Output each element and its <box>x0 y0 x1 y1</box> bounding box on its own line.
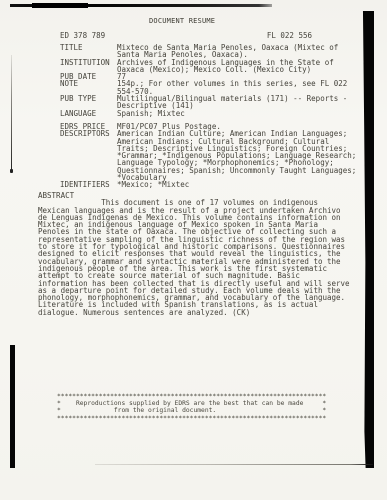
field-value: Multilingual/Bilingual materials (171) -… <box>117 95 362 110</box>
scan-artifact-top-line-thick <box>32 3 88 8</box>
field-row-title: TITLE Mixteco de Santa Maria Penoles, Oa… <box>60 44 362 59</box>
field-row-institution: INSTITUTION Archives of Indigenous Langu… <box>60 59 362 74</box>
field-label: IDENTIFIERS <box>60 181 117 188</box>
document-resume-page: DOCUMENT RESUME ED 378 789 FL 022 556 TI… <box>0 0 387 500</box>
field-value: Spanish; Mixtec <box>117 110 362 117</box>
field-value: Mixteco de Santa Maria Penoles, Oaxaca (… <box>117 44 362 59</box>
field-row-identifiers: IDENTIFIERS *Mexico; *Mixtec <box>60 181 362 188</box>
scan-artifact-right-bar <box>362 11 374 468</box>
scan-artifact-bottom-line <box>95 464 373 465</box>
accession-numbers-row: ED 378 789 FL 022 556 <box>60 31 312 40</box>
abstract-section: ABSTRACT This document is one of 17 volu… <box>38 192 360 316</box>
bibliographic-fields: TITLE Mixteco de Santa Maria Penoles, Oa… <box>60 44 362 189</box>
field-value: American Indian Culture; American Indian… <box>117 130 362 181</box>
fl-number: FL 022 556 <box>267 31 312 40</box>
field-row-note: NOTE 154p.; For other volumes in this se… <box>60 80 362 95</box>
field-label: INSTITUTION <box>60 59 117 74</box>
field-label: LANGUAGE <box>60 110 117 117</box>
field-value: 154p.; For other volumes in this series,… <box>117 80 362 95</box>
scan-artifact-left-blob <box>10 169 13 173</box>
field-label: DESCRIPTORS <box>60 130 117 181</box>
reproduction-notice: ****************************************… <box>57 393 347 422</box>
field-row-pub-type: PUB TYPE Multilingual/Bilingual material… <box>60 95 362 110</box>
field-row-language: LANGUAGE Spanish; Mixtec <box>60 110 362 117</box>
field-label: PUB TYPE <box>60 95 117 110</box>
scan-artifact-left-thin-line <box>11 55 12 173</box>
field-value: Archives of Indigenous Languages in the … <box>117 59 362 74</box>
field-value: *Mexico; *Mixtec <box>117 181 362 188</box>
field-label: TITLE <box>60 44 117 59</box>
ed-number: ED 378 789 <box>60 31 105 40</box>
field-label: NOTE <box>60 80 117 95</box>
abstract-text: This document is one of 17 volumes on in… <box>38 199 360 316</box>
page-title: DOCUMENT RESUME <box>149 17 215 25</box>
scan-artifact-left-bar <box>10 345 15 468</box>
field-row-descriptors: DESCRIPTORS American Indian Culture; Ame… <box>60 130 362 181</box>
